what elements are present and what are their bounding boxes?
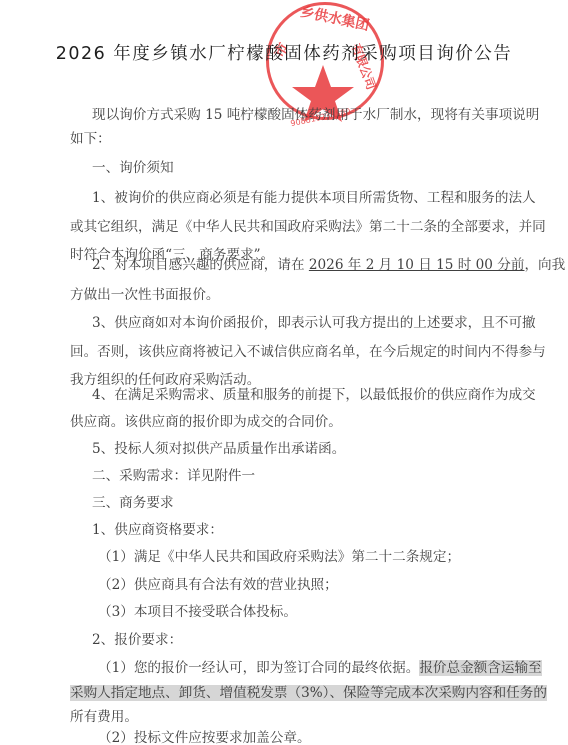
notice-item-2-tail: ，向我 [524, 257, 565, 273]
section-2-heading: 二、采购需求：详见附件一 [92, 464, 255, 484]
notice-item-2-line-2: 方做出一次性书面报价。 [70, 283, 220, 303]
notice-item-2-text: 2、对本项目感兴趣的供应商，请在 [92, 257, 309, 273]
section-1-heading: 一、询价须知 [92, 156, 174, 176]
highlighted-text: 报价总金额含运输至 [419, 660, 541, 676]
document-title: 2026 年度乡镇水厂柠檬酸固体药剂采购项目询价公告 [0, 40, 568, 65]
quote-item-1-end: 所有费用。 [70, 709, 138, 725]
qualification-heading: 1、供应商资格要求： [92, 518, 223, 538]
quote-item-1-line-1: （1）您的报价一经认可，即为签订合同的最终依据。报价总金额含运输至 [98, 656, 542, 676]
qualification-item-1: （1）满足《中华人民共和国政府采购法》第二十二条规定； [98, 545, 460, 565]
deadline-date: 2026 年 2 月 10 日 15 时 00 分前 [309, 257, 525, 273]
qualification-item-3: （3）本项目不接受联合体投标。 [98, 600, 297, 620]
section-3-heading: 三、商务要求 [92, 491, 174, 511]
quote-heading: 2、报价要求： [92, 628, 182, 648]
notice-item-4-line-2: 供应商。该供应商的报价即为成交的合同价。 [70, 410, 342, 430]
notice-item-1-line-1: 1、被询价的供应商必须是有能力提供本项目所需货物、工程和服务的法人 [92, 186, 536, 206]
quote-item-1-line-3: 所有费用。 [70, 705, 138, 725]
intro-line-1: 现以询价方式采购 15 吨柠檬酸固体药剂用于水厂制水，现将有关事项说明 [92, 103, 539, 123]
qualification-item-2: （2）供应商具有合法有效的营业执照； [98, 573, 338, 593]
notice-item-4-line-1: 4、在满足采购需求、质量和服务的前提下，以最低报价的供应商作为成交 [92, 383, 536, 403]
notice-item-3-line-2: 回。否则，该供应商将被记入不诚信供应商名单，在今后规定的时间内不得参与 [70, 340, 546, 360]
notice-item-5: 5、投标人须对拟供产品质量作出承诺函。 [92, 437, 345, 457]
highlighted-text: 采购人指定地点、卸货、增值税发票（3%）、保险等完成本次采购内容和任务的 [70, 685, 547, 701]
notice-item-2-line-1: 2、对本项目感兴趣的供应商，请在 2026 年 2 月 10 日 15 时 00… [92, 253, 565, 273]
notice-item-1-line-2: 或其它组织，满足《中华人民共和国政府采购法》第二十二条的全部要求，并同 [70, 215, 546, 235]
quote-item-1-line-2: 采购人指定地点、卸货、增值税发票（3%）、保险等完成本次采购内容和任务的 [70, 681, 547, 701]
quote-item-1-text: （1）您的报价一经认可，即为签订合同的最终依据。 [98, 660, 419, 676]
notice-item-3-line-1: 3、供应商如对本询价函报价，即表示认可我方提出的上述要求，且不可撤 [92, 311, 536, 331]
intro-line-2: 如下： [70, 127, 111, 147]
quote-item-2: （2）投标文件应按要求加盖公章。 [98, 726, 311, 745]
